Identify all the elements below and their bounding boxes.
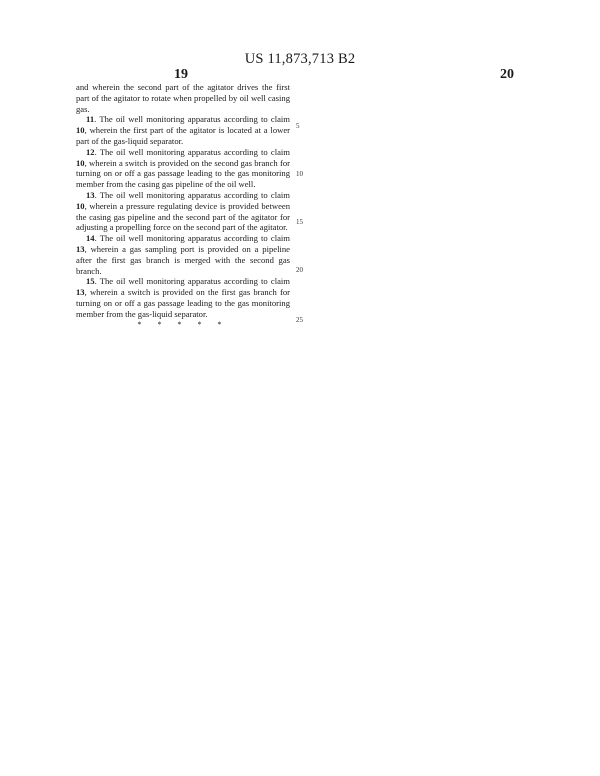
right-column-number: 20 [500,67,514,83]
line-number: 25 [296,316,303,324]
line-number: 15 [296,218,303,226]
line-number: 10 [296,170,303,178]
claim-reference: 13 [76,287,85,297]
claim-number: 15 [86,276,95,286]
end-of-document-marker: * * * * * [76,320,290,331]
claim-reference: 10 [76,158,85,168]
claim-15: 15. The oil well monitoring apparatus ac… [76,276,290,319]
claim-number: 13 [86,190,95,200]
claim-number: 14 [86,233,95,243]
claim-reference: 13 [76,244,85,254]
claim-14: 14. The oil well monitoring apparatus ac… [76,233,290,276]
claim-number: 12 [86,147,95,157]
claim-13: 13. The oil well monitoring apparatus ac… [76,190,290,233]
line-number: 20 [296,266,303,274]
claim-11: 11. The oil well monitoring apparatus ac… [76,114,290,146]
patent-number: US 11,873,713 B2 [0,51,600,68]
claim-number: 11 [86,114,94,124]
claim-12: 12. The oil well monitoring apparatus ac… [76,147,290,190]
line-number: 5 [296,122,300,130]
continuation-text: and wherein the second part of the agita… [76,82,290,114]
claim-reference: 10 [76,201,85,211]
claims-column: and wherein the second part of the agita… [76,82,290,330]
claim-reference: 10 [76,125,85,135]
left-column-number: 19 [174,67,188,83]
